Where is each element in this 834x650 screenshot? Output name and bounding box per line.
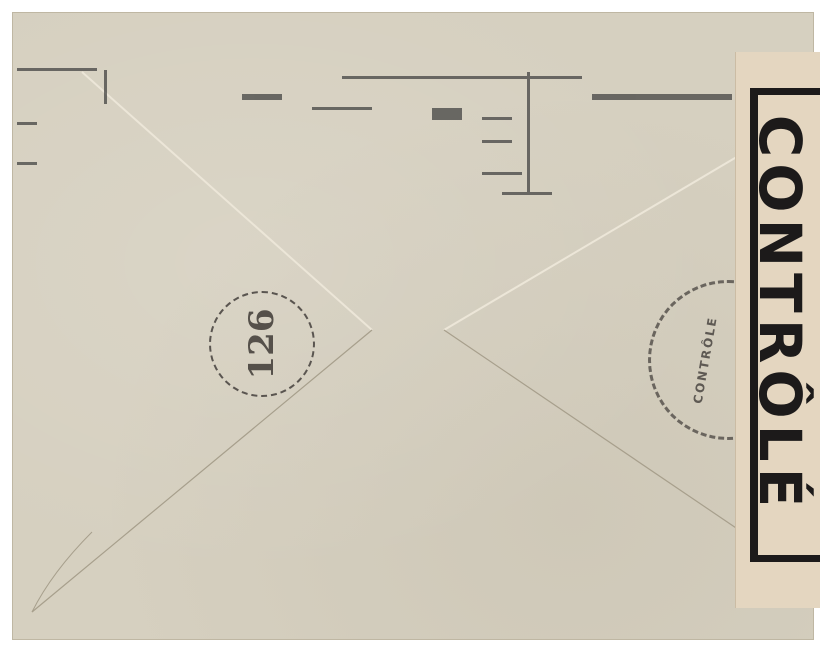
censor-handstamp-text: CONTRÔLE [691,315,720,405]
receiving-stamp-number: 126 [242,309,282,380]
censor-tape: CONTRÔLÉ [736,52,820,608]
envelope-back: 126 CONTRÔLE [12,12,814,640]
receiving-stamp: 126 [209,291,315,397]
machine-cancel [17,68,732,195]
censor-tape-label: CONTRÔLÉ [751,115,809,514]
